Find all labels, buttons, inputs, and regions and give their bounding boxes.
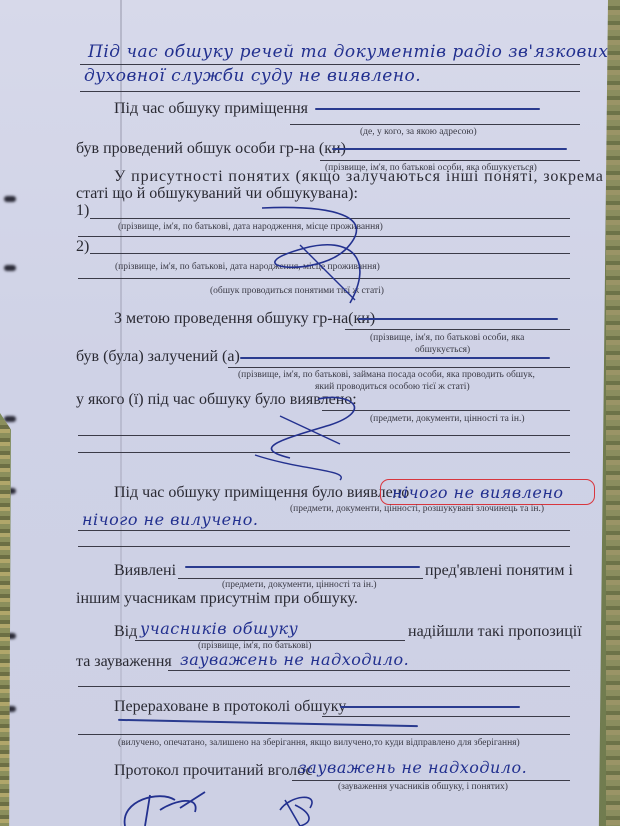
ink-dash [315,108,540,110]
remarks-field-2[interactable] [78,686,570,687]
listed-label: Перераховане в протоколі обшуку [114,698,346,716]
listed-caption: (вилучено, опечатано, залишено на зберіг… [118,738,520,748]
witness-2-number: 2) [76,238,89,256]
remarks-label: та зауваження [76,653,172,671]
found-in-premises-label: Під час обшуку приміщення було виявлено [114,484,409,502]
read-aloud-value[interactable]: зауважень не надходило. [298,758,527,777]
same-sex-caption: (обшук проводиться понятими тієї ж статі… [210,286,384,296]
found-in-premises-caption: (предмети, документи, цінності, розшукув… [290,504,544,514]
found-on-person-caption: (предмети, документи, цінності та ін.) [370,414,525,424]
proposals-label-end: надійшли такі пропозиції [408,623,582,641]
purpose-field[interactable] [345,329,570,330]
ink-dash [332,148,567,150]
found-on-person-label: у якого (ї) під час обшуку було виявлено… [76,391,357,409]
ink-dash [358,318,558,320]
handwritten-intro-line-2: духовної служби суду не виявлено. [84,66,421,86]
found-in-premises-field-2[interactable] [78,530,570,531]
person-search-field[interactable] [320,160,580,161]
punch-hole-icon [4,196,16,202]
witness-1-field[interactable] [90,218,570,219]
presented-label-end: пред'явлені понятим і [425,562,573,580]
found-on-person-field-2[interactable] [78,435,570,436]
presented-caption: (предмети, документи, цінності та ін.) [222,580,377,590]
involved-label: був (була) залучений (а) [76,348,240,366]
witnesses-label-1: У присутності понятих (якщо залучаються … [114,168,620,186]
purpose-caption-2: обшукується) [415,345,470,355]
proposals-from-value[interactable]: учасників обшуку [140,619,298,638]
background-table-left [0,420,10,826]
listed-field[interactable] [322,716,570,717]
involved-field[interactable] [228,367,570,368]
presented-line-2: іншим учасникам присутнім при обшуку. [76,590,358,608]
premises-search-label: Під час обшуку приміщення [114,100,308,118]
intro-rule-1 [80,64,580,65]
red-highlight-circle [380,479,595,505]
person-search-label: був проведений обшук особи гр-на (ки) [76,140,346,158]
proposals-from-label: Від [114,623,137,641]
remarks-value[interactable]: зауважень не надходило. [180,650,409,669]
witness-2-field-2[interactable] [78,278,570,279]
read-aloud-caption: (зауваження учасників обшуку, і понятих) [338,782,508,792]
punch-hole-icon [4,416,16,422]
witness-1-field-2[interactable] [78,236,570,237]
found-in-premises-field-3[interactable] [78,546,570,547]
ink-dash [185,566,420,568]
purpose-label: З метою проведення обшуку гр-на(ки) [114,310,375,328]
punch-hole-icon [4,265,16,271]
presented-label-start: Виявлені [114,562,176,580]
involved-caption-1: (прізвище, ім'я, по батькові, займана по… [238,370,535,380]
found-on-person-field[interactable] [322,410,570,411]
ink-dash [118,719,418,727]
witness-2-caption: (прізвище, ім'я, по батькові, дата народ… [115,262,380,272]
listed-field-2[interactable] [78,734,570,735]
signature-1 [125,792,205,826]
witness-1-number: 1) [76,202,89,220]
intro-rule-2 [80,91,580,92]
remarks-field[interactable] [168,670,570,671]
witness-2-field[interactable] [90,253,570,254]
ink-dash [240,357,550,359]
found-in-premises-continuation[interactable]: нічого не вилучено. [82,510,258,529]
ink-dash [340,706,520,708]
purpose-caption-1: (прізвище, ім'я, по батькові особи, яка [370,333,524,343]
found-on-person-field-3[interactable] [78,452,570,453]
presented-field[interactable] [178,578,423,579]
witness-1-caption: (прізвище, ім'я, по батькові, дата народ… [118,222,383,232]
read-aloud-field[interactable] [292,780,570,781]
premises-search-caption: (де, у кого, за якою адресою) [360,127,477,137]
signature-2 [280,797,312,826]
handwritten-intro-line-1: Під час обшуку речей та документів радіо… [88,42,608,62]
premises-search-field[interactable] [290,124,580,125]
read-aloud-label: Протокол прочитаний вголос [114,762,313,780]
background-table-right [606,0,620,826]
document-page: Під час обшуку речей та документів радіо… [0,0,608,826]
witnesses-label-2: статі що й обшукуваний чи обшукувана): [76,185,358,203]
